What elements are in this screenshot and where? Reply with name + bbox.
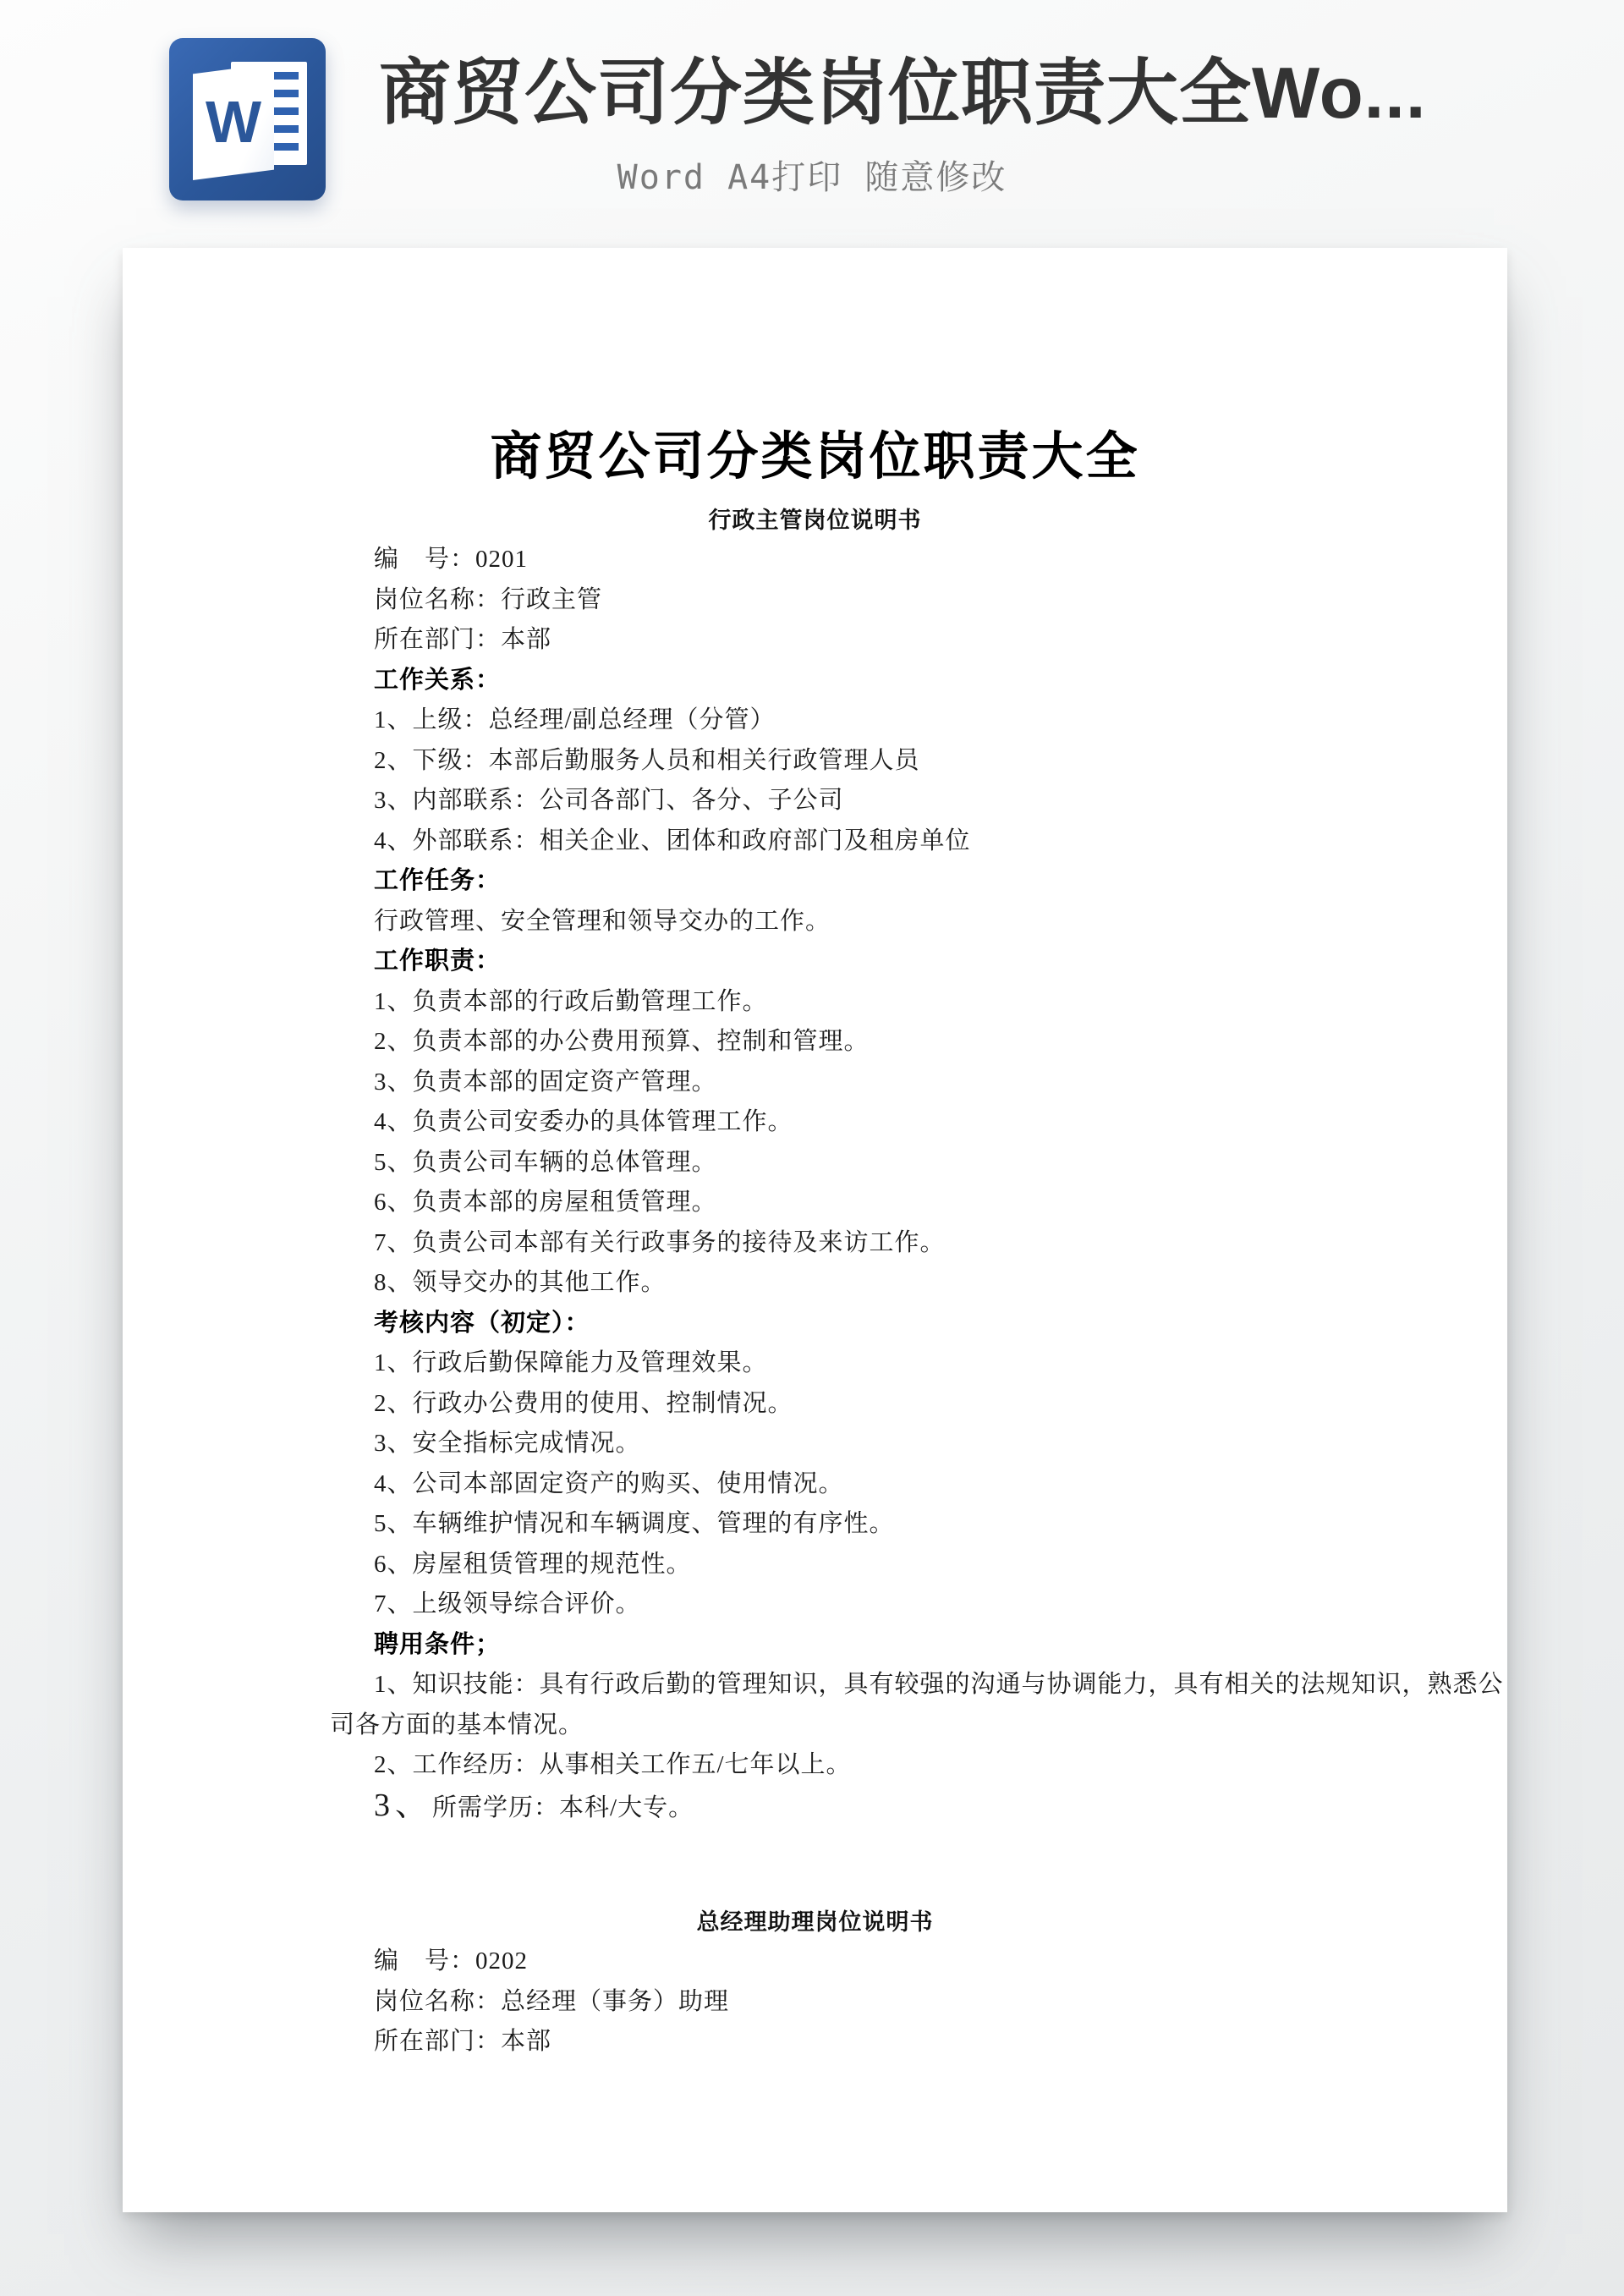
page-title: 商贸公司分类岗位职责大全Wo... <box>379 44 1580 146</box>
section-body: 编 号：0201岗位名称：行政主管所在部门：本部工作关系：1、上级：总经理/副总… <box>123 540 1507 1828</box>
section-body: 编 号：0202岗位名称：总经理（事务）助理所在部门：本部 <box>123 1942 1507 2063</box>
doc-line: 1、负责本部的行政后勤管理工作。 <box>330 982 1507 1023</box>
document-title: 商贸公司分类岗位职责大全 <box>123 431 1507 484</box>
doc-line: 所在部门：本部 <box>330 620 1507 661</box>
section-heading: 总经理助理岗位说明书 <box>123 1908 1507 1936</box>
word-icon-letter: W <box>206 92 261 151</box>
doc-line: 1、上级：总经理/副总经理（分管） <box>330 700 1507 741</box>
doc-line-heading: 工作关系： <box>330 661 1507 701</box>
doc-line-heading: 工作任务： <box>330 861 1507 902</box>
doc-line-heading: 考核内容（初定）： <box>330 1304 1507 1344</box>
page-background: { "header": { "title": "商贸公司分类岗位职责大全Wo..… <box>0 0 1624 2296</box>
doc-line: 4、外部联系：相关企业、团体和政府部门及租房单位 <box>330 821 1507 862</box>
doc-line: 8、领导交办的其他工作。 <box>330 1263 1507 1304</box>
doc-line-text: 所需学历：本科/大专。 <box>432 1794 694 1821</box>
doc-line: 1、知识技能：具有行政后勤的管理知识，具有较强的沟通与协调能力，具有相关的法规知… <box>330 1665 1507 1706</box>
doc-line: 司各方面的基本情况。 <box>330 1706 1507 1746</box>
doc-line: 1、行政后勤保障能力及管理效果。 <box>330 1343 1507 1384</box>
doc-line: 编 号：0201 <box>330 540 1507 580</box>
document-section: 总经理助理岗位说明书编 号：0202岗位名称：总经理（事务）助理所在部门：本部 <box>123 1908 1507 2063</box>
section-heading: 行政主管岗位说明书 <box>123 506 1507 535</box>
doc-line-heading: 工作职责： <box>330 942 1507 982</box>
doc-line: 5、车辆维护情况和车辆调度、管理的有序性。 <box>330 1504 1507 1545</box>
page-subtitle: Word A4打印 随意修改 <box>0 157 1624 198</box>
doc-line: 3、安全指标完成情况。 <box>330 1424 1507 1464</box>
doc-line: 2、行政办公费用的使用、控制情况。 <box>330 1384 1507 1425</box>
doc-line-number: 3、 <box>374 1788 432 1823</box>
doc-line: 3、负责本部的固定资产管理。 <box>330 1063 1507 1103</box>
doc-line: 所在部门：本部 <box>330 2022 1507 2063</box>
doc-line: 6、负责本部的房屋租赁管理。 <box>330 1183 1507 1223</box>
doc-line: 2、下级：本部后勤服务人员和相关行政管理人员 <box>330 741 1507 782</box>
doc-line: 4、负责公司安委办的具体管理工作。 <box>330 1102 1507 1143</box>
doc-line: 行政管理、安全管理和领导交办的工作。 <box>330 902 1507 942</box>
doc-line: 2、负责本部的办公费用预算、控制和管理。 <box>330 1022 1507 1063</box>
doc-line-heading: 聘用条件； <box>330 1625 1507 1666</box>
document-section: 行政主管岗位说明书编 号：0201岗位名称：行政主管所在部门：本部工作关系：1、… <box>123 506 1507 1828</box>
doc-line: 7、负责公司本部有关行政事务的接待及来访工作。 <box>330 1223 1507 1264</box>
doc-line: 5、负责公司车辆的总体管理。 <box>330 1143 1507 1184</box>
doc-line: 编 号：0202 <box>330 1942 1507 1982</box>
doc-line: 6、房屋租赁管理的规范性。 <box>330 1545 1507 1585</box>
header: W 商贸公司分类岗位职责大全Wo... Word A4打印 随意修改 <box>0 0 1624 248</box>
doc-line: 岗位名称：总经理（事务）助理 <box>330 1982 1507 2023</box>
doc-line: 3、内部联系：公司各部门、各分、子公司 <box>330 781 1507 821</box>
doc-line: 7、上级领导综合评价。 <box>330 1585 1507 1625</box>
doc-line: 2、工作经历：从事相关工作五/七年以上。 <box>330 1745 1507 1786</box>
doc-line: 岗位名称：行政主管 <box>330 580 1507 621</box>
a4-document-page: 商贸公司分类岗位职责大全 行政主管岗位说明书编 号：0201岗位名称：行政主管所… <box>123 248 1507 2212</box>
document-sections: 行政主管岗位说明书编 号：0201岗位名称：行政主管所在部门：本部工作关系：1、… <box>123 506 1507 2063</box>
doc-line: 3、所需学历：本科/大专。 <box>330 1786 1507 1829</box>
doc-line: 4、公司本部固定资产的购买、使用情况。 <box>330 1464 1507 1505</box>
